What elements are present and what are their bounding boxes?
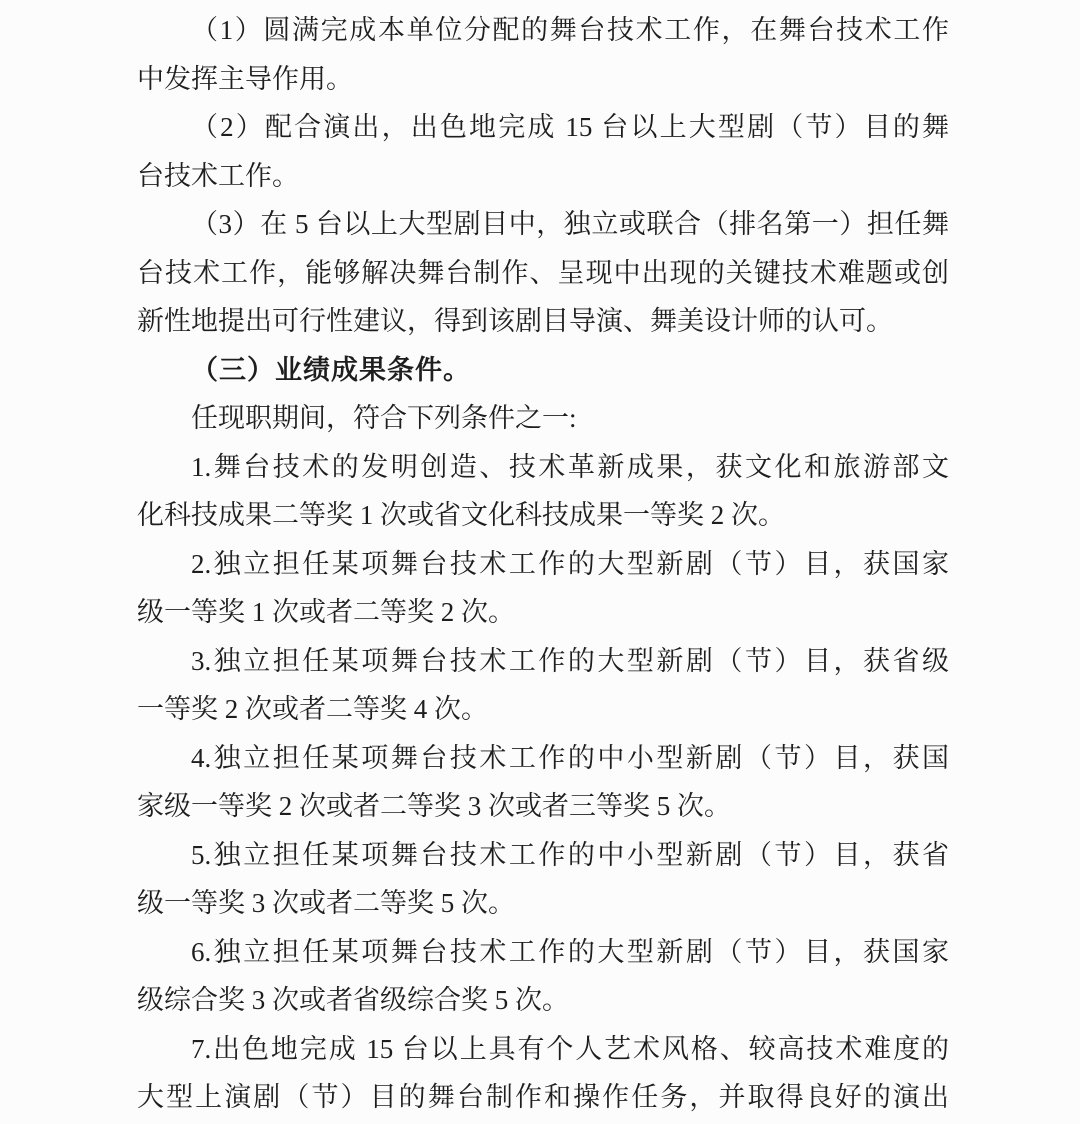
text-line: 任现职期间，符合下列条件之一: — [137, 394, 949, 443]
paragraph-clause-2: （2）配合演出，出色地完成 15 台以上大型剧（节）目的舞台技术工作。 — [137, 103, 949, 200]
text-line: （1）圆满完成本单位分配的舞台技术工作，在舞台技术工作 — [137, 6, 949, 55]
text-line: 3.独立担任某项舞台技术工作的大型新剧（节）目，获省级 — [137, 637, 949, 686]
paragraph-section-heading-3: （三）业绩成果条件。 — [137, 346, 949, 395]
text-line: （三）业绩成果条件。 — [137, 346, 949, 395]
paragraph-item-4: 4.独立担任某项舞台技术工作的中小型新剧（节）目，获国家级一等奖 2 次或者二等… — [137, 734, 949, 831]
text-line: 7.出色地完成 15 台以上具有个人艺术风格、较高技术难度的 — [137, 1025, 949, 1074]
text-line: （3）在 5 台以上大型剧目中，独立或联合（排名第一）担任舞 — [137, 200, 949, 249]
text-line: 中发挥主导作用。 — [137, 55, 949, 104]
paragraph-item-5: 5.独立担任某项舞台技术工作的中小型新剧（节）目，获省级一等奖 3 次或者二等奖… — [137, 831, 949, 928]
text-line: 级一等奖 1 次或者二等奖 2 次。 — [137, 588, 949, 637]
text-line: 5.独立担任某项舞台技术工作的中小型新剧（节）目，获省 — [137, 831, 949, 880]
paragraph-item-6: 6.独立担任某项舞台技术工作的大型新剧（节）目，获国家级综合奖 3 次或者省级综… — [137, 928, 949, 1025]
paragraph-item-2: 2.独立担任某项舞台技术工作的大型新剧（节）目，获国家级一等奖 1 次或者二等奖… — [137, 540, 949, 637]
paragraph-intro-line: 任现职期间，符合下列条件之一: — [137, 394, 949, 443]
text-line: 级一等奖 3 次或者二等奖 5 次。 — [137, 879, 949, 928]
text-line: 1.舞台技术的发明创造、技术革新成果，获文化和旅游部文 — [137, 443, 949, 492]
text-line: 家级一等奖 2 次或者二等奖 3 次或者三等奖 5 次。 — [137, 782, 949, 831]
paragraph-item-3: 3.独立担任某项舞台技术工作的大型新剧（节）目，获省级一等奖 2 次或者二等奖 … — [137, 637, 949, 734]
text-line: 4.独立担任某项舞台技术工作的中小型新剧（节）目，获国 — [137, 734, 949, 783]
paragraph-item-7: 7.出色地完成 15 台以上具有个人艺术风格、较高技术难度的大型上演剧（节）目的… — [137, 1025, 949, 1122]
text-line: 2.独立担任某项舞台技术工作的大型新剧（节）目，获国家 — [137, 540, 949, 589]
document-page: （1）圆满完成本单位分配的舞台技术工作，在舞台技术工作中发挥主导作用。（2）配合… — [137, 6, 949, 1122]
text-line: 一等奖 2 次或者二等奖 4 次。 — [137, 685, 949, 734]
text-line: 级综合奖 3 次或者省级综合奖 5 次。 — [137, 976, 949, 1025]
text-line: 化科技成果二等奖 1 次或省文化科技成果一等奖 2 次。 — [137, 491, 949, 540]
text-line: 6.独立担任某项舞台技术工作的大型新剧（节）目，获国家 — [137, 928, 949, 977]
text-line: （2）配合演出，出色地完成 15 台以上大型剧（节）目的舞 — [137, 103, 949, 152]
text-line: 新性地提出可行性建议，得到该剧目导演、舞美设计师的认可。 — [137, 297, 949, 346]
paragraph-clause-3: （3）在 5 台以上大型剧目中，独立或联合（排名第一）担任舞台技术工作，能够解决… — [137, 200, 949, 346]
text-line: 台技术工作。 — [137, 152, 949, 201]
paragraph-item-1: 1.舞台技术的发明创造、技术革新成果，获文化和旅游部文化科技成果二等奖 1 次或… — [137, 443, 949, 540]
text-line: 大型上演剧（节）目的舞台制作和操作任务，并取得良好的演出 — [137, 1073, 949, 1122]
text-line: 台技术工作，能够解决舞台制作、呈现中出现的关键技术难题或创 — [137, 249, 949, 298]
paragraph-clause-1: （1）圆满完成本单位分配的舞台技术工作，在舞台技术工作中发挥主导作用。 — [137, 6, 949, 103]
